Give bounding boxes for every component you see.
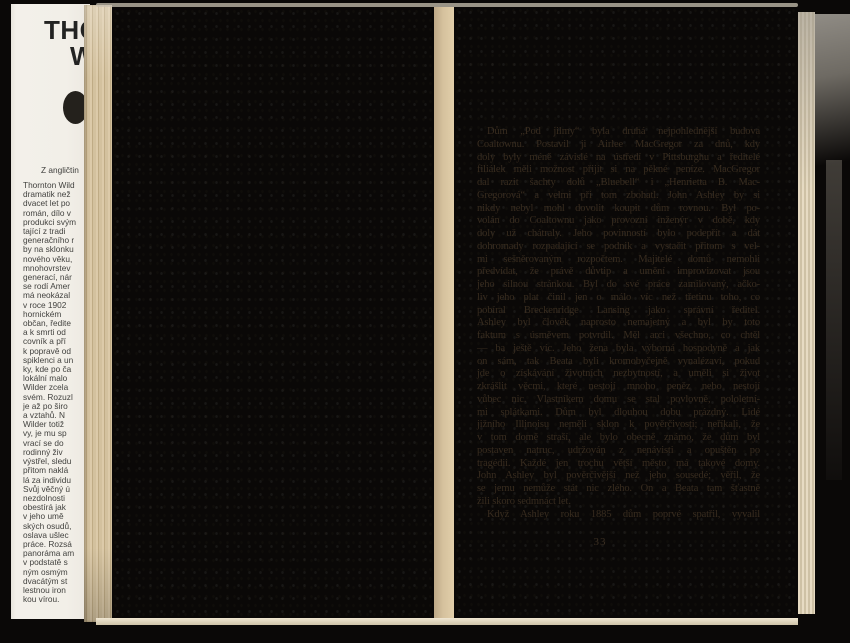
text-line: jde o získávání životních nezbytností, a…: [477, 368, 760, 381]
text-line: dohromady rozpadající se podnik a vystač…: [477, 241, 760, 254]
text-line: se jemu nemůže stát nic zlého. On a Beat…: [477, 483, 760, 496]
page-top-edge: [96, 3, 798, 7]
text-line: postaven natruc, udržován z nenávisti a …: [477, 445, 760, 458]
text-line: doly už chátraly. Jeho povinností bylo p…: [477, 228, 760, 241]
text-line: mi sešněrovaným rozpočtem. Majitelé domů…: [477, 254, 760, 267]
fore-edge-right: [798, 12, 815, 614]
text-line: Gregorová“ a velmi při tom zbohatl. John…: [477, 190, 760, 203]
left-page-blank: [112, 7, 434, 623]
flap-credit-line: Z angličtin: [41, 165, 79, 175]
fore-edge-left: [84, 5, 112, 622]
page-bottom-edge: [96, 618, 798, 625]
text-line: — ba ještě víc. Jeho žena byla výborná h…: [477, 343, 760, 356]
text-line: vůbec nic. Vlastníkem domu se stal povlo…: [477, 394, 760, 407]
text-line: volán do Coaltownu jako provozní inženýr…: [477, 215, 760, 228]
text-line: liv jeho plat činil jen o málo víc než t…: [477, 292, 760, 305]
text-line: nikdy nebyl mohl dovolit koupit dům rovn…: [477, 203, 760, 216]
text-line: zkrášlit věcmi, které nestojí mnoho peně…: [477, 381, 760, 394]
text-line: filiálek měli možnost přijít si na pěkné…: [477, 164, 760, 177]
text-line: předvídat, že právě důvtip a umění impro…: [477, 266, 760, 279]
text-line: kou vírou.: [23, 595, 93, 604]
text-line: Coaltownu. Postavil ji Airlee MacGregor …: [477, 139, 760, 152]
cover-glare: [812, 14, 850, 169]
text-line: žili skoro sedmnáct let.: [477, 496, 760, 509]
text-line: jeho silnou stránkou. Byl do své práce z…: [477, 279, 760, 292]
text-line: pobíral Breckenridge Lansing jako správn…: [477, 305, 760, 318]
page-body-text: Dům „Pod jilmy“ byla druhá nejpohlednějš…: [477, 126, 760, 521]
text-line: dal razit šachty dolů „Bluebell“ i „Henr…: [477, 177, 760, 190]
flap-blurb-text: Thornton Wilddramatik neždvacet let poro…: [23, 181, 93, 604]
text-line: doly byly méně závislé na ústředí v Pitt…: [477, 152, 760, 165]
text-line: John Ashley byl pověrčivější než jeho so…: [477, 470, 760, 483]
text-line: mi splátkami. Dům byl dlouhou dobu prázd…: [477, 407, 760, 420]
text-line: tragédii. Každé jen trochu větší město m…: [477, 458, 760, 471]
text-line: Ashley byl člověk naprosto nemajetný a b…: [477, 317, 760, 330]
text-line: on sám, tak Beata byli kromobyčejně vyna…: [477, 356, 760, 369]
text-line: Dům „Pod jilmy“ byla druhá nejpohlednějš…: [477, 126, 760, 139]
text-line: jižního Illinoisu neměli sklon k pověrči…: [477, 419, 760, 432]
text-line: v tom domě straší, ale bylo obecně známo…: [477, 432, 760, 445]
book-photo: THO W Z angličtin Thornton Wilddramatik …: [0, 0, 850, 643]
page-number: 33: [500, 536, 700, 548]
dust-jacket-flap: THO W Z angličtin Thornton Wilddramatik …: [11, 4, 90, 619]
gutter-shadow: [434, 7, 454, 623]
text-line: faktum s úsměvem potvrdil. Měl arci všec…: [477, 330, 760, 343]
text-line: Když Ashley roku 1885 dům poprvé spatřil…: [477, 509, 760, 522]
cover-glare-streak: [826, 160, 842, 480]
